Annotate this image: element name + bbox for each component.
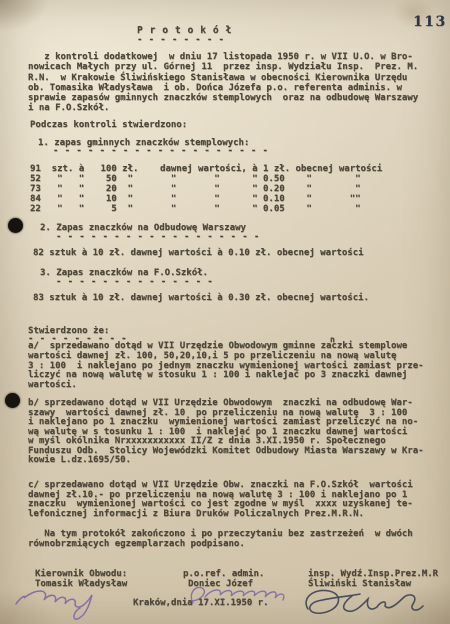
intro-line: z kontroli dodatkowej w dniu 17 listopad…	[28, 52, 418, 62]
intro-paragraph: z kontroli dodatkowej w dniu 17 listopad…	[28, 52, 418, 114]
signature-tomasik-ink	[16, 591, 92, 619]
conclusion-c-paragraph: c/ sprzedawano dotąd w VII Urzędzie Obw.…	[28, 481, 413, 519]
item2-value-line: 82 sztuk à 10 zł. dawnej wartości à 0.10…	[33, 248, 364, 258]
stamp-table: 91 szt. à 100 zł. dawnej wartości, à 1 z…	[30, 164, 382, 214]
paragraph-line: Na tym protokół zakończono i po przeczyt…	[28, 529, 413, 539]
intro-line: i na F.O.Szkół.	[28, 103, 418, 113]
intro-line: nowicach Małych przy ul. Górnej 11 przez…	[28, 62, 418, 72]
item1-underline: - - - - - - - - - - - - - - - - - - -	[53, 146, 268, 156]
stamp-table-row: 73 " " 20 " " " " 0.20 " "	[30, 184, 382, 194]
stamp-table-row: 84 " " 10 " " " " 0.10 " ""	[30, 194, 382, 204]
conclusion-b-paragraph: b/ sprzedawano dotąd w VII Urzędzie Obwo…	[28, 399, 424, 466]
signature-center-role: p.o.ref. admin.	[183, 569, 264, 579]
hole-punch-mark	[5, 393, 20, 408]
document-date: Kraków,dnia 17.XI.1950 r.	[133, 598, 268, 608]
intro-line: ob. Tomasika Władysława i ob. Dońca Józe…	[28, 83, 418, 93]
item3-underline: - - - - - - - - - - - - - -	[56, 277, 213, 287]
stamp-table-row: 22 " " 5 " " " " 0.05 " "	[30, 204, 382, 214]
paragraph-line: kowie L.dz.1695/50.	[28, 456, 424, 466]
item2-underline: - - - - - - - - - - - - - - - - - -	[56, 232, 260, 242]
signature-right-name: Śliwiński Stanisław	[308, 579, 411, 589]
paragraph-line: liczyć na nową walutę w stosuku 1 : 100 …	[28, 371, 424, 381]
paragraph-line: lefonicznej informacji z Biura Druków Po…	[28, 510, 413, 520]
closing-paragraph: Na tym protokół zakończono i po przeczyt…	[28, 529, 413, 550]
paragraph-line: równobrzmiących egzemplarzach podpisano.	[28, 539, 413, 549]
intro-line: R.N. w Krakowie Śliwińskiego Stanisława …	[28, 73, 418, 83]
signature-left-name: Tomasik Władysław	[35, 579, 127, 589]
signature-center-name: Doniec Józef	[188, 579, 253, 589]
paragraph-line: wartości.	[28, 381, 424, 391]
signature-left-role: Kierownik Obwodu:	[35, 569, 127, 579]
stamp-table-row: 91 szt. à 100 zł. dawnej wartości, à 1 z…	[30, 164, 382, 174]
item3-value-line: 83 sztuk à 10 zł. dawnej wartości à 0.30…	[33, 293, 369, 303]
signature-sliwinski-ink	[306, 590, 423, 613]
intro-line: sprawie zapasów gminnych znaczków stempl…	[28, 93, 418, 103]
conclusion-a-paragraph: a/ sprzedawano dotąd w VII Urzędzie Obwo…	[28, 342, 424, 391]
signature-right-role: insp. Wydź.Insp.Prez.M.R	[308, 569, 438, 579]
stamp-table-row: 52 " " 50 " " " " 0.50 " "	[30, 174, 382, 184]
hole-punch-mark	[8, 218, 23, 233]
findings-heading: Podczas kontroli stwierdzono:	[30, 120, 187, 130]
document-page: 113 P r o t o k ó ł - - - - - - - - z ko…	[0, 0, 450, 624]
title-underline: - - - - - - - -	[137, 35, 224, 45]
page-number: 113	[413, 14, 447, 30]
